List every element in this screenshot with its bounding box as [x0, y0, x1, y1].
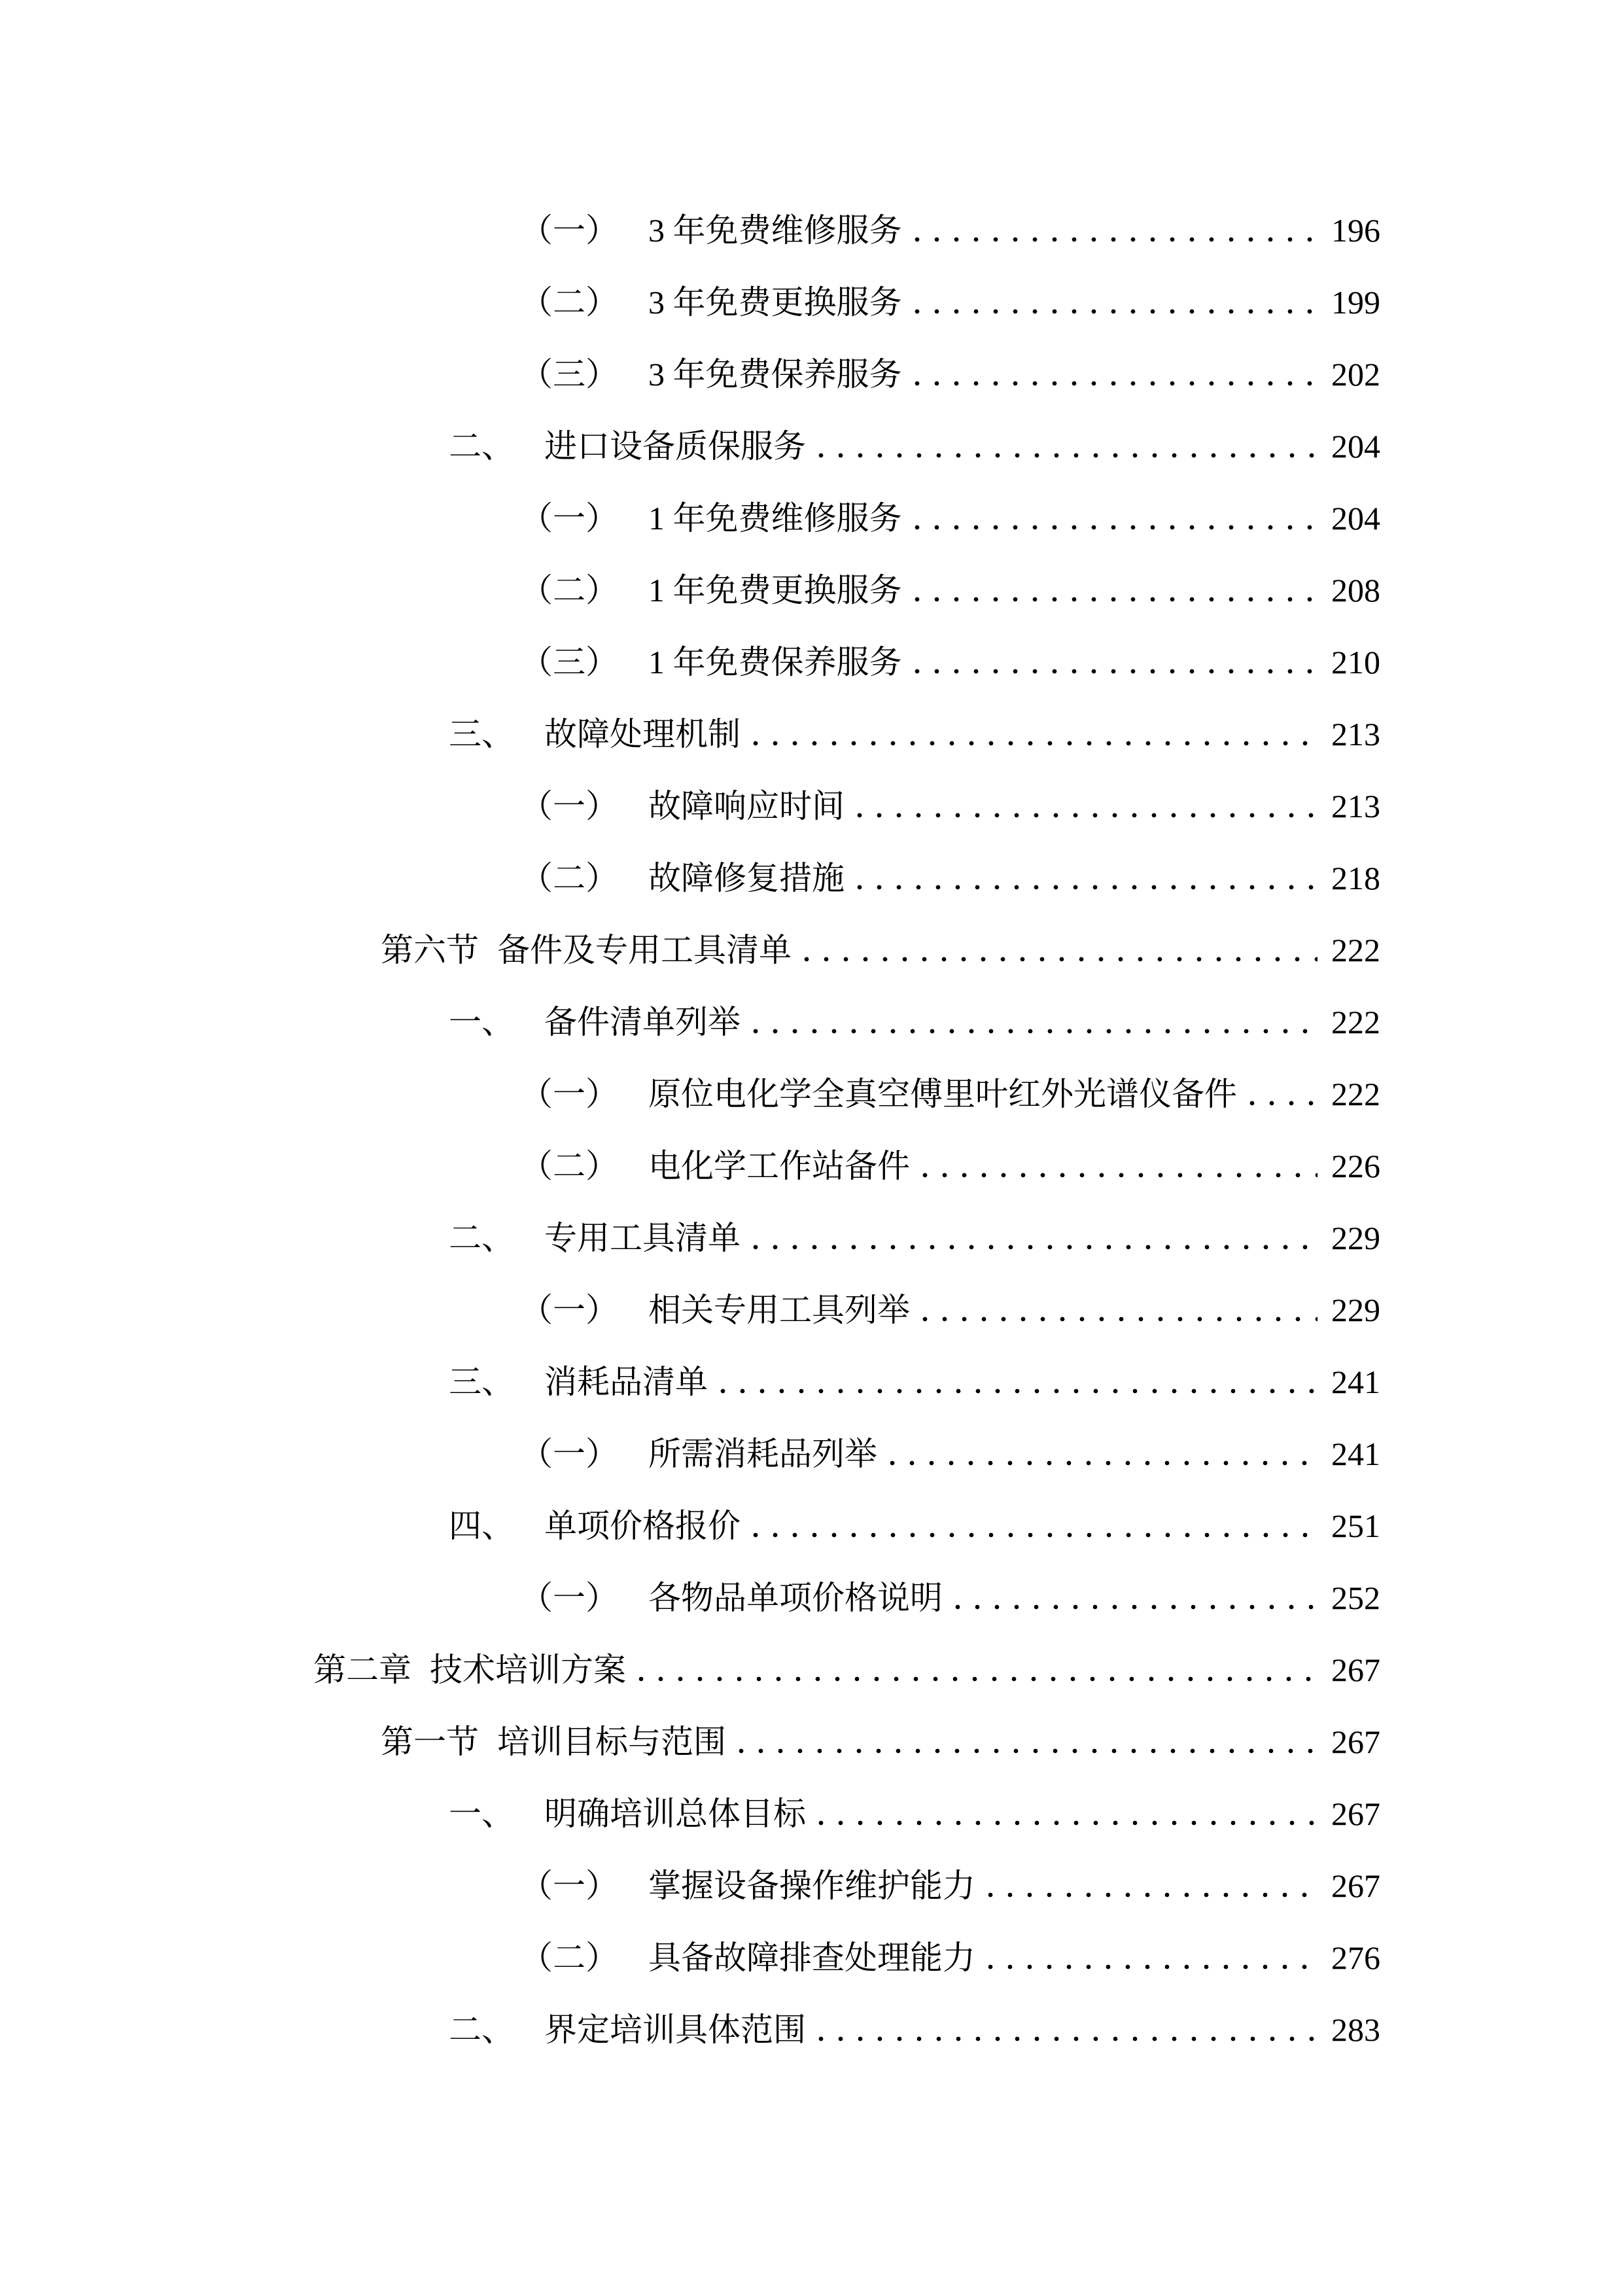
toc-page-number: 226: [1328, 1130, 1380, 1202]
toc-page-number: 241: [1328, 1418, 1380, 1490]
toc-entry-number-label: 一、: [449, 986, 514, 1058]
toc-page-number: 199: [1328, 266, 1380, 338]
toc-dot-leader: [631, 1652, 1318, 1687]
toc-page-number: 283: [1328, 1994, 1380, 2066]
toc-entry-number-label: 二、: [449, 1202, 514, 1274]
toc-entry-number-label: 第一节: [381, 1706, 479, 1778]
toc-dot-leader: [948, 1580, 1318, 1616]
toc-entry[interactable]: 三、 消耗品清单 241: [0, 1346, 1623, 1418]
toc-entry-title: 技术培训方案: [430, 1634, 626, 1706]
toc-dot-leader: [850, 788, 1318, 824]
toc-page-number: 202: [1328, 338, 1380, 410]
toc-dot-leader: [907, 501, 1318, 536]
toc-page-number: 251: [1328, 1490, 1380, 1562]
toc-dot-leader: [746, 1508, 1318, 1544]
toc-page-number: 241: [1328, 1346, 1380, 1418]
toc-entry-title: 备件清单列举: [544, 986, 741, 1058]
toc-entry-number-label: 三、: [449, 698, 514, 770]
toc-entry-number-label: （三）: [520, 626, 618, 698]
toc-entry-number-label: （一）: [520, 482, 618, 554]
document-page: （一） 3 年免费维修服务 196 （二） 3 年免费更换服务 199 （三） …: [0, 0, 1623, 2296]
toc-entry[interactable]: （一） 1 年免费维修服务 204: [0, 482, 1623, 554]
toc-entry[interactable]: （一） 3 年免费维修服务 196: [0, 194, 1623, 266]
toc-entry-title: 界定培训具体范围: [544, 1994, 806, 2066]
toc-entry[interactable]: （一） 所需消耗品列举 241: [0, 1418, 1623, 1490]
toc-page-number: 213: [1328, 770, 1380, 842]
toc-dot-leader: [981, 1868, 1318, 1903]
toc-entry-title: 1 年免费维修服务: [648, 482, 902, 554]
toc-entry-title: 3 年免费维修服务: [648, 194, 902, 266]
toc-entry-title: 各物品单项价格说明: [648, 1562, 943, 1634]
toc-entry-title: 相关专用工具列举: [648, 1274, 910, 1346]
toc-dot-leader: [811, 429, 1318, 464]
toc-page-number: 229: [1328, 1274, 1380, 1346]
toc-entry-title: 故障处理机制: [544, 698, 741, 770]
toc-entry-number-label: 四、: [449, 1490, 514, 1562]
toc-dot-leader: [907, 645, 1318, 680]
toc-entry[interactable]: （二） 3 年免费更换服务 199: [0, 266, 1623, 338]
toc-page-number: 210: [1328, 626, 1380, 698]
toc-entry-number-label: （二）: [520, 842, 618, 914]
toc-entry-title: 掌握设备操作维护能力: [648, 1850, 975, 1922]
toc-entry-number-label: （二）: [520, 554, 618, 626]
toc-dot-leader: [746, 1220, 1318, 1256]
toc-entry-number-label: （二）: [520, 1922, 618, 1994]
toc-entry[interactable]: 三、 故障处理机制 213: [0, 698, 1623, 770]
toc-page-number: 204: [1328, 482, 1380, 554]
toc-page-number: 267: [1328, 1850, 1380, 1922]
toc-dot-leader: [907, 213, 1318, 248]
toc-page-number: 222: [1328, 986, 1380, 1058]
toc-entry-number-label: （一）: [520, 1058, 618, 1130]
toc-dot-leader: [907, 285, 1318, 320]
toc-dot-leader: [907, 573, 1318, 608]
toc-entry-title: 1 年免费更换服务: [648, 554, 902, 626]
toc-page-number: 252: [1328, 1562, 1380, 1634]
toc-page-number: 213: [1328, 698, 1380, 770]
toc-entry-number-label: 三、: [449, 1346, 514, 1418]
toc-entry-title: 进口设备质保服务: [544, 410, 806, 482]
toc-dot-leader: [731, 1724, 1318, 1759]
toc-entry-number-label: （一）: [520, 770, 618, 842]
toc-page-number: 208: [1328, 554, 1380, 626]
toc-page-number: 204: [1328, 410, 1380, 482]
toc-dot-leader: [850, 860, 1318, 896]
toc-entry-number-label: （二）: [520, 266, 618, 338]
toc-entry[interactable]: 第二章 技术培训方案 267: [0, 1634, 1623, 1706]
toc-entry-number-label: 二、: [449, 410, 514, 482]
toc-page-number: 276: [1328, 1922, 1380, 1994]
toc-page-number: 222: [1328, 1058, 1380, 1130]
toc-entry-title: 专用工具清单: [544, 1202, 741, 1274]
toc-page-number: 196: [1328, 194, 1380, 266]
toc-dot-leader: [1242, 1076, 1318, 1112]
toc-entry[interactable]: （三） 3 年免费保养服务 202: [0, 338, 1623, 410]
toc-entry-title: 所需消耗品列举: [648, 1418, 877, 1490]
toc-entry-number-label: （一）: [520, 1850, 618, 1922]
toc-dot-leader: [797, 932, 1318, 968]
toc-entry-title: 3 年免费更换服务: [648, 266, 902, 338]
toc-entry-title: 消耗品清单: [544, 1346, 708, 1418]
toc-dot-leader: [746, 716, 1318, 752]
toc-entry[interactable]: 一、 备件清单列举 222: [0, 986, 1623, 1058]
toc-entry-title: 原位电化学全真空傅里叶红外光谱仪备件: [648, 1058, 1237, 1130]
toc-dot-leader: [811, 1796, 1318, 1831]
toc-entry-title: 故障修复措施: [648, 842, 845, 914]
toc-entry-title: 明确培训总体目标: [544, 1778, 806, 1850]
toc-entry-number-label: 第二章: [313, 1634, 411, 1706]
toc-entry[interactable]: （二） 故障修复措施 218: [0, 842, 1623, 914]
toc-entry-title: 备件及专用工具清单: [497, 914, 792, 986]
toc-page-number: 267: [1328, 1634, 1380, 1706]
toc-entry-number-label: （一）: [520, 1418, 618, 1490]
toc-entry-number-label: （一）: [520, 194, 618, 266]
toc-dot-leader: [981, 1940, 1318, 1975]
toc-entry[interactable]: （二） 具备故障排查处理能力 276: [0, 1922, 1623, 1994]
toc-entry-title: 故障响应时间: [648, 770, 845, 842]
toc-entry[interactable]: （一） 原位电化学全真空傅里叶红外光谱仪备件 222: [0, 1058, 1623, 1130]
toc-entry[interactable]: （一） 掌握设备操作维护能力 267: [0, 1850, 1623, 1922]
toc-dot-leader: [746, 1004, 1318, 1040]
toc-entry[interactable]: 四、 单项价格报价 251: [0, 1490, 1623, 1562]
toc-entry-number-label: 第六节: [381, 914, 479, 986]
toc-entry[interactable]: （二） 1 年免费更换服务 208: [0, 554, 1623, 626]
toc-entry[interactable]: 二、 专用工具清单 229: [0, 1202, 1623, 1274]
toc-entry[interactable]: （二） 电化学工作站备件 226: [0, 1130, 1623, 1202]
toc-dot-leader: [907, 357, 1318, 392]
toc-entry[interactable]: （一） 各物品单项价格说明 252: [0, 1562, 1623, 1634]
toc-entry-number-label: 二、: [449, 1994, 514, 2066]
toc-entry[interactable]: 第一节 培训目标与范围 267: [0, 1706, 1623, 1778]
toc-entry-title: 电化学工作站备件: [648, 1130, 910, 1202]
toc-page-number: 267: [1328, 1706, 1380, 1778]
toc-entry[interactable]: 二、 界定培训具体范围 283: [0, 1994, 1623, 2066]
toc-entry-number-label: （一）: [520, 1274, 618, 1346]
toc-list: （一） 3 年免费维修服务 196 （二） 3 年免费更换服务 199 （三） …: [0, 194, 1623, 2066]
toc-entry-number-label: （二）: [520, 1130, 618, 1202]
toc-dot-leader: [713, 1364, 1318, 1400]
toc-page-number: 218: [1328, 842, 1380, 914]
toc-page-number: 229: [1328, 1202, 1380, 1274]
toc-entry[interactable]: （三） 1 年免费保养服务 210: [0, 626, 1623, 698]
toc-entry[interactable]: 二、 进口设备质保服务 204: [0, 410, 1623, 482]
toc-entry-number-label: （三）: [520, 338, 618, 410]
toc-entry-number-label: （一）: [520, 1562, 618, 1634]
toc-entry[interactable]: 第六节 备件及专用工具清单 222: [0, 914, 1623, 986]
toc-page-number: 222: [1328, 914, 1380, 986]
toc-page-number: 267: [1328, 1778, 1380, 1850]
toc-dot-leader: [915, 1292, 1318, 1328]
toc-dot-leader: [915, 1148, 1318, 1184]
toc-entry-title: 单项价格报价: [544, 1490, 741, 1562]
toc-entry[interactable]: 一、 明确培训总体目标 267: [0, 1778, 1623, 1850]
toc-entry-title: 1 年免费保养服务: [648, 626, 902, 698]
toc-entry[interactable]: （一） 相关专用工具列举 229: [0, 1274, 1623, 1346]
toc-dot-leader: [811, 2012, 1318, 2047]
toc-entry-title: 培训目标与范围: [497, 1706, 726, 1778]
toc-entry-number-label: 一、: [449, 1778, 514, 1850]
toc-entry-title: 具备故障排查处理能力: [648, 1922, 975, 1994]
toc-dot-leader: [882, 1436, 1318, 1472]
toc-entry-title: 3 年免费保养服务: [648, 338, 902, 410]
toc-entry[interactable]: （一） 故障响应时间 213: [0, 770, 1623, 842]
